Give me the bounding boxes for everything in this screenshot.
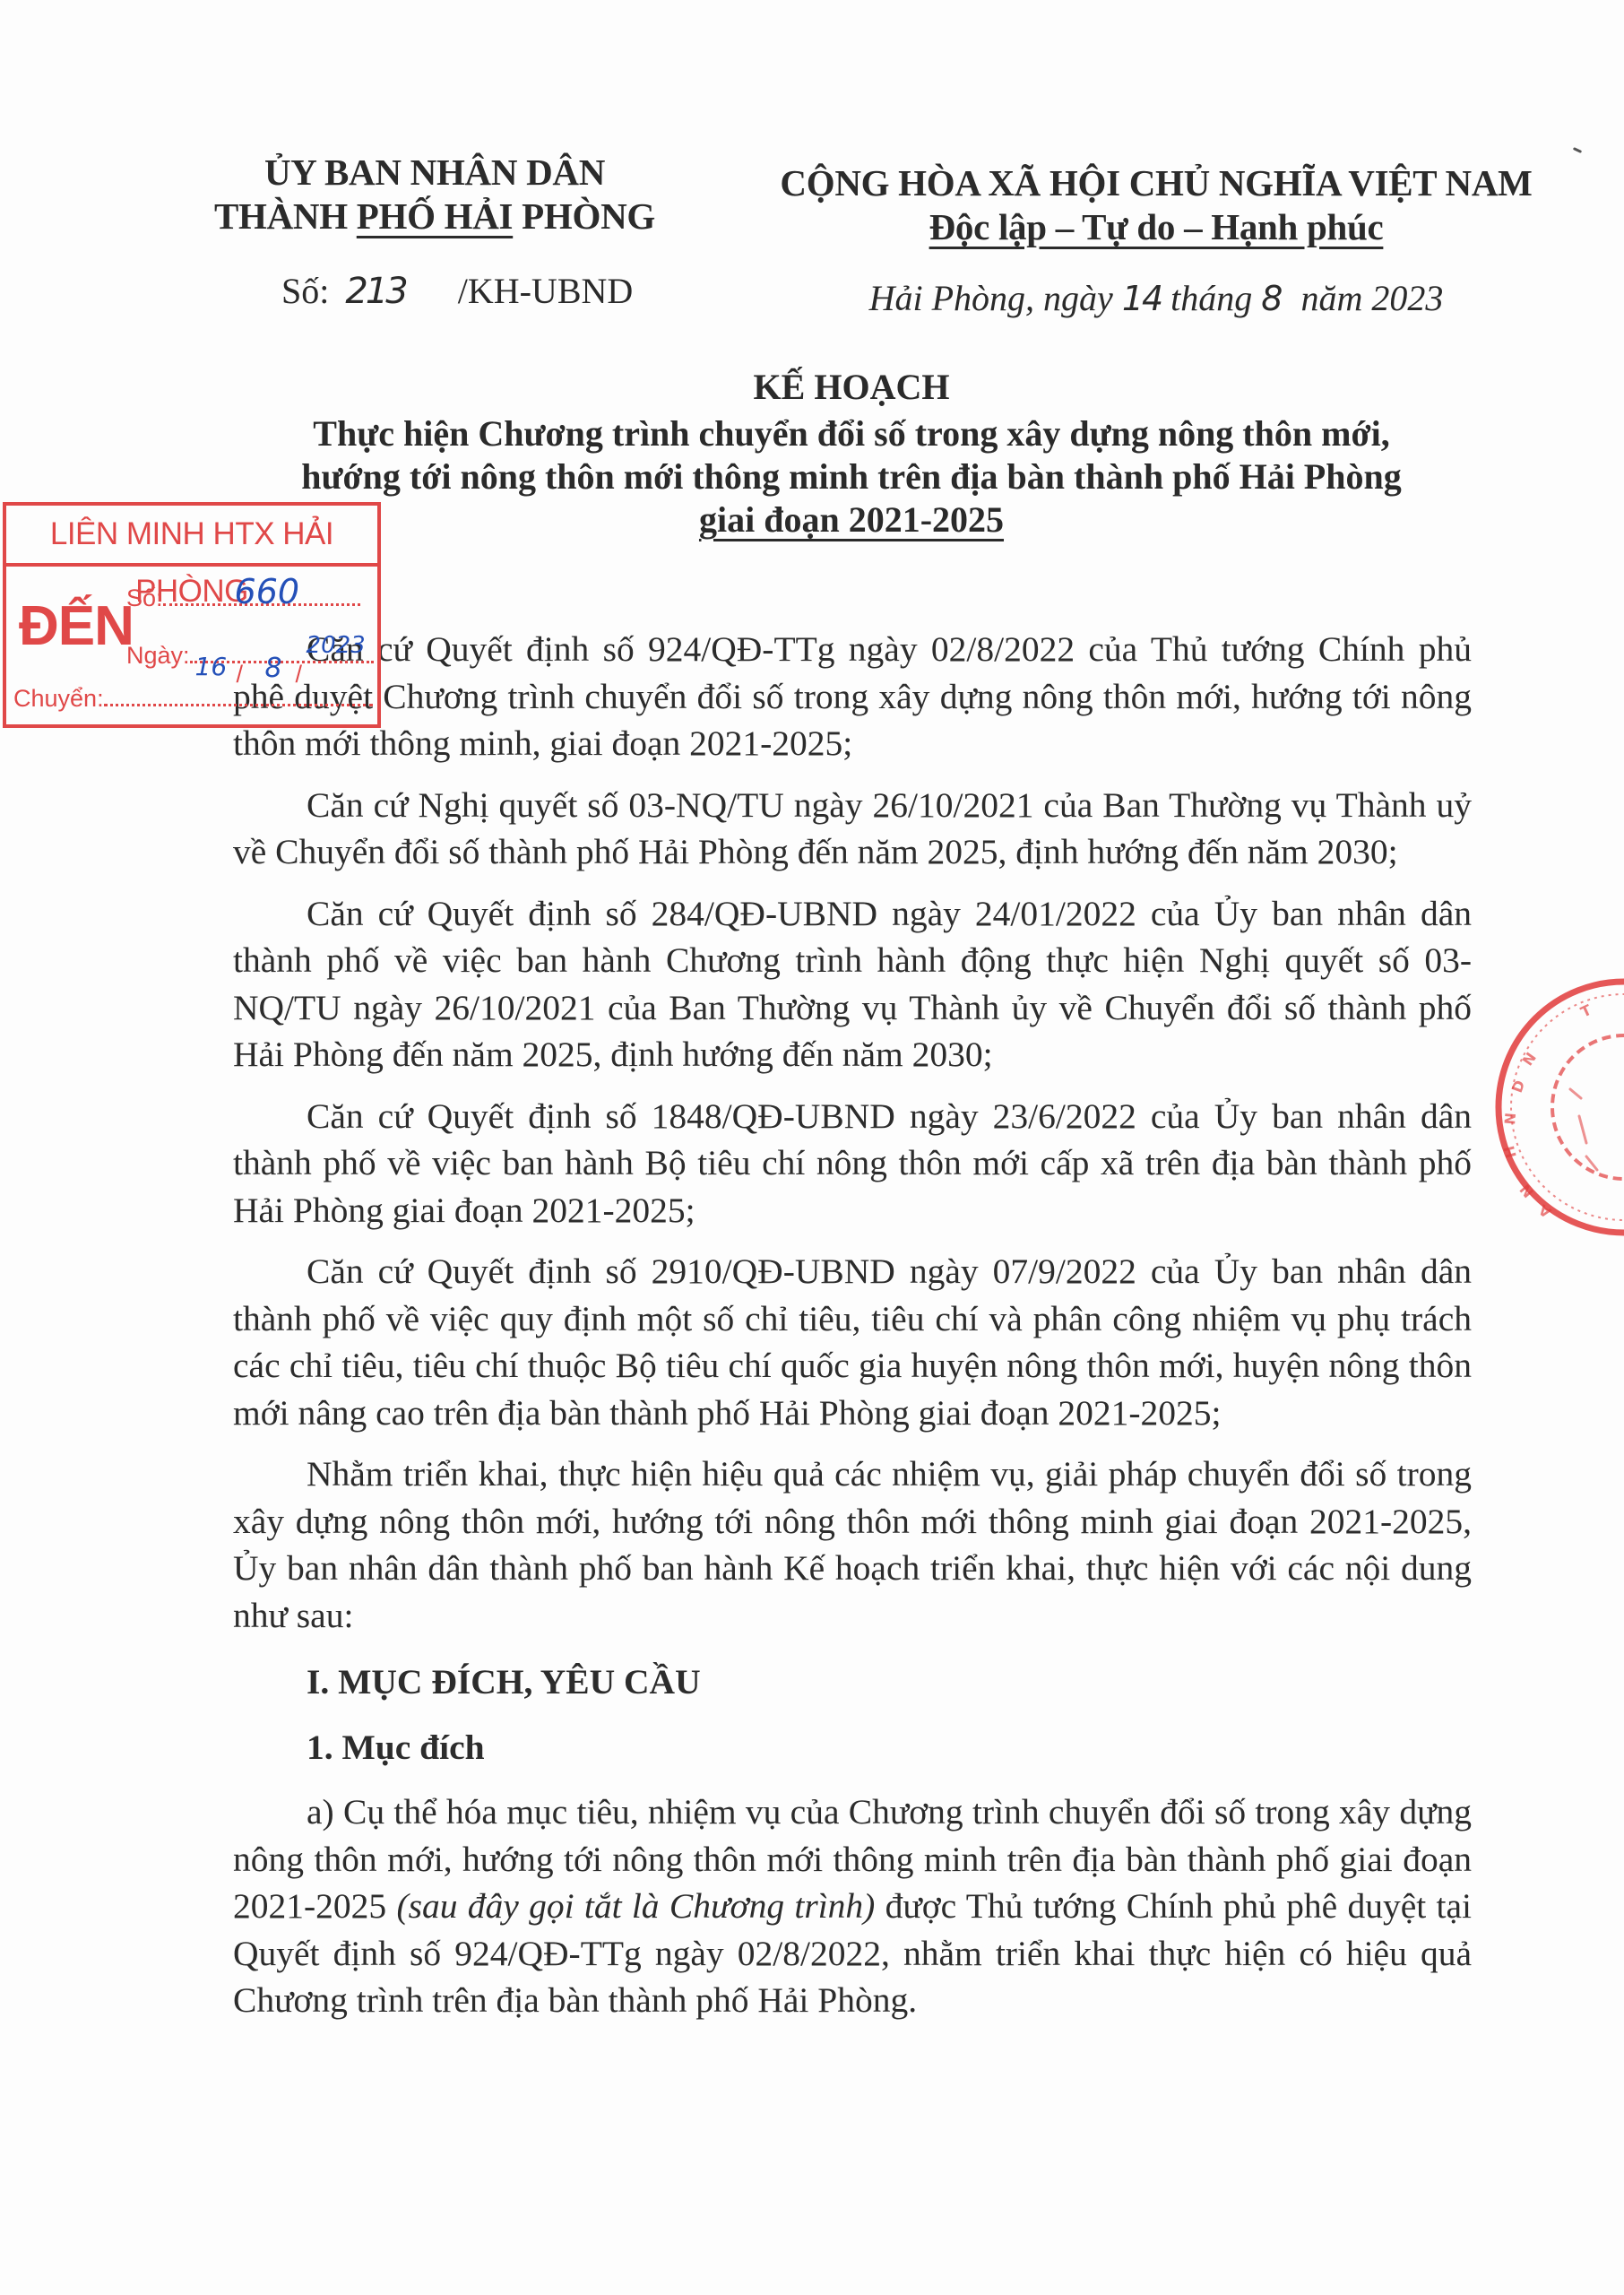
issuer-line-2-suffix: PHÒNG: [513, 195, 655, 237]
stamp-received-label: ĐẾN: [19, 599, 134, 654]
stamp-date-day: 16: [195, 654, 228, 680]
document-number-suffix: /KH-UBND: [458, 271, 634, 311]
issuer-block: ỦY BAN NHÂN DÂN THÀNH PHỐ HẢI PHÒNG: [188, 151, 681, 238]
stamp-date-year: 2023: [307, 632, 366, 659]
legal-basis-5: Căn cứ Quyết định số 2910/QĐ-UBND ngày 0…: [233, 1248, 1472, 1436]
document-title-block: KẾ HOẠCH Thực hiện Chương trình chuyển đ…: [215, 366, 1488, 541]
stamp-date-label: Ngày:: [126, 642, 190, 669]
item-a-italic: (sau đây gọi tắt là Chương trình): [396, 1886, 875, 1926]
document-number-label: Số:: [281, 271, 329, 311]
national-motto-text: Độc lập – Tự do – Hạnh phúc: [929, 206, 1384, 247]
svg-text:T: T: [1578, 1001, 1594, 1021]
national-title-block: CỘNG HÒA XÃ HỘI CHỦ NGHĨA VIỆT NAM Độc l…: [753, 161, 1559, 248]
stamp-forward-label: Chuyển:: [13, 685, 104, 712]
stamp-date-month: 8: [265, 655, 282, 682]
document-subtitle-2: hướng tới nông thôn mới thông minh trên …: [215, 455, 1488, 498]
issue-date-month-label: tháng: [1162, 278, 1261, 318]
svg-text:D: D: [1508, 1078, 1528, 1095]
issuer-line-2-prefix: THÀNH: [214, 195, 357, 237]
document-subtitle-3-text: giai đoạn 2021-2025: [699, 499, 1004, 540]
subsection-heading: 1. Mục đích: [233, 1724, 1472, 1771]
issue-date: Hải Phòng, ngày 14 tháng 8 năm 2023: [753, 275, 1559, 322]
document-subtitle-1: Thực hiện Chương trình chuyển đổi số tro…: [215, 412, 1488, 455]
document-subtitle-3: giai đoạn 2021-2025: [215, 498, 1488, 541]
legal-basis-2: Căn cứ Nghị quyết số 03-NQ/TU ngày 26/10…: [233, 782, 1472, 876]
issuer-line-2: THÀNH PHỐ HẢI PHÒNG: [188, 195, 681, 238]
purpose-intro: Nhằm triển khai, thực hiện hiệu quả các …: [233, 1451, 1472, 1639]
stamp-org: LIÊN MINH HTX HẢI PHÒNG: [6, 506, 377, 567]
issue-date-day: 14: [1122, 279, 1162, 318]
svg-text:N: N: [1519, 1049, 1540, 1069]
stamp-number-dots: 660: [163, 603, 360, 606]
document-title: KẾ HOẠCH: [215, 366, 1488, 409]
received-stamp: LIÊN MINH HTX HẢI PHÒNG ĐẾN Số:660 Ngày:…: [3, 502, 381, 728]
national-title: CỘNG HÒA XÃ HỘI CHỦ NGHĨA VIỆT NAM: [753, 161, 1559, 204]
legal-basis-4: Căn cứ Quyết định số 1848/QĐ-UBND ngày 2…: [233, 1093, 1472, 1234]
stamp-date-row: Ngày:16/8/2023: [126, 642, 374, 669]
issue-date-year: năm 2023: [1283, 278, 1443, 318]
svg-text:A: A: [1535, 1200, 1555, 1221]
stamp-number-value: 660: [235, 578, 300, 605]
stamp-forward-dots: [104, 704, 373, 706]
document-body: Căn cứ Quyết định số 924/QĐ-TTg ngày 02/…: [233, 626, 1472, 2024]
stamp-date-dots: 16/8/2023: [190, 661, 374, 663]
document-number: Số: 213 /KH-UBND: [281, 269, 633, 314]
legal-basis-3: Căn cứ Quyết định số 284/QĐ-UBND ngày 24…: [233, 890, 1472, 1078]
official-seal-icon: N D N H N A T: [1481, 973, 1624, 1242]
svg-text:N: N: [1501, 1112, 1519, 1125]
item-a: a) Cụ thể hóa mục tiêu, nhiệm vụ của Chư…: [233, 1788, 1472, 2024]
stamp-date-sep-1: /: [237, 661, 244, 688]
legal-basis-1: Căn cứ Quyết định số 924/QĐ-TTg ngày 02/…: [233, 626, 1472, 767]
stamp-number-row: Số:660: [126, 585, 360, 611]
stamp-number-label: Số:: [126, 585, 163, 611]
stamp-forward-row: Chuyển:: [13, 685, 373, 712]
stamp-date-sep-2: /: [296, 661, 303, 688]
document-number-handwritten: 213: [345, 271, 405, 312]
scan-speck: [1573, 147, 1582, 153]
issuer-line-2-underlined: PHỐ HẢI: [357, 195, 513, 237]
section-heading: I. MỤC ĐÍCH, YÊU CẦU: [233, 1658, 1472, 1706]
issuer-line-1: ỦY BAN NHÂN DÂN: [188, 151, 681, 194]
national-motto: Độc lập – Tự do – Hạnh phúc: [753, 205, 1559, 248]
issue-date-prefix: Hải Phòng, ngày: [869, 278, 1122, 318]
issue-date-month: 8: [1261, 279, 1283, 318]
